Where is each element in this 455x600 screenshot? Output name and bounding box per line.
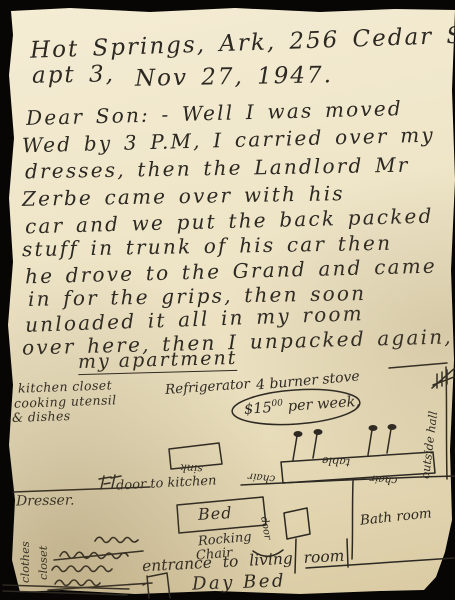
table-outline: [281, 452, 435, 483]
wall-line: [241, 476, 455, 485]
wall-line: [389, 363, 447, 368]
chair-tops: [294, 424, 397, 437]
wall-line: [13, 487, 150, 492]
wall-line: [347, 539, 348, 567]
bed-outline: [177, 497, 266, 533]
sink-outline: [169, 443, 222, 469]
tally-mark: [432, 368, 455, 388]
wall-line: [352, 481, 353, 559]
door-symbol: [99, 475, 121, 489]
illegible-scribbles: [48, 537, 152, 590]
wall-line: [306, 558, 454, 568]
floor-plan-drawing: [0, 0, 455, 600]
price-circle: [231, 386, 361, 429]
pointer-curve: [253, 550, 283, 556]
door-symbol: [284, 508, 310, 573]
wall-line: [446, 367, 447, 479]
door-symbol: [143, 573, 170, 598]
